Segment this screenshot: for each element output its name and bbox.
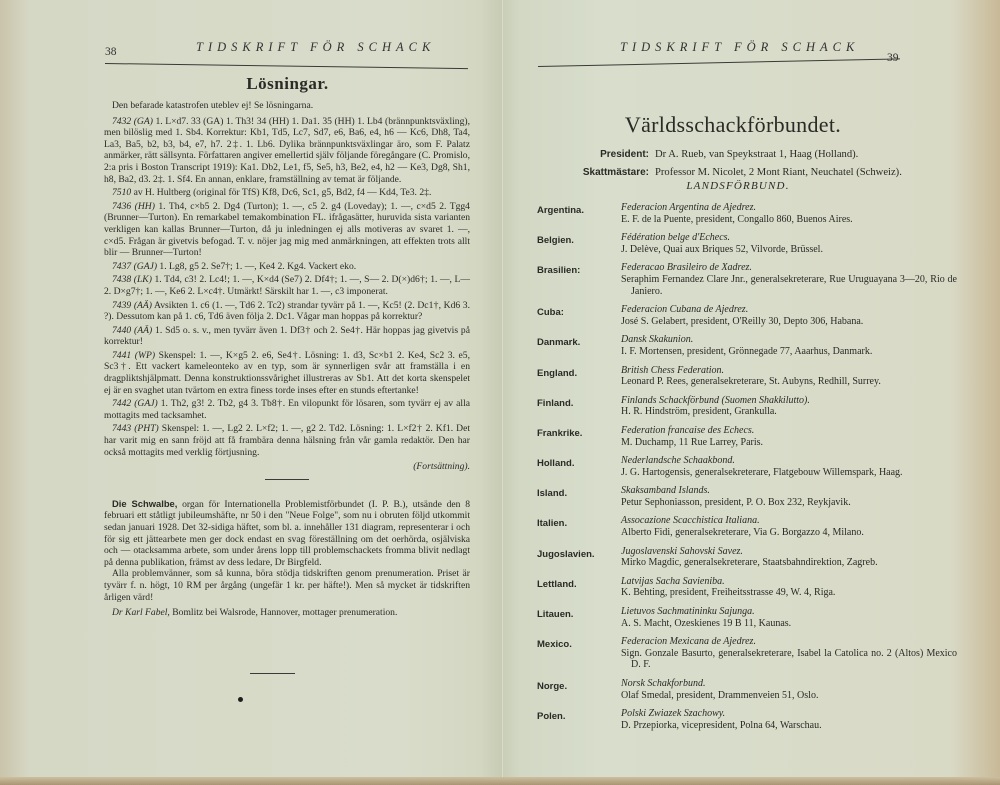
federation-contact: D. Przepiorka, vicepresident, Polna 64, … [621, 720, 957, 732]
solution-entry: 7440 (AÄ) 1. Sd5 o. s. v., men tyvärr äv… [104, 325, 470, 348]
running-head: TIDSKRIFT FÖR SCHACK [620, 40, 859, 55]
federation-country: Holland. [537, 455, 621, 478]
problem-number: 7439 (AÄ) [112, 300, 152, 311]
solution-entry: 7438 (LK) 1. Td4, c3! 2. Lc4!; 1. —, K×d… [104, 274, 470, 297]
solution-text: 1. Sd5 o. s. v., men tyvärr även 1. Df3†… [104, 325, 470, 348]
federation-entry: Polen.Polski Zwiazek Szachowy.D. Przepio… [537, 708, 957, 731]
federation-entry: Lettland.Latvijas Sacha Savieniba.K. Beh… [537, 576, 957, 599]
federation-name: Federacion Mexicana de Ajedrez. [621, 636, 957, 648]
header-rule [105, 63, 468, 69]
federation-country: Argentina. [537, 202, 621, 225]
right-page: TIDSKRIFT FÖR SCHACK 39 Världsschackförb… [503, 0, 1000, 785]
federation-contact: Petur Sephoniasson, president, P. O. Box… [621, 497, 957, 509]
federation-contact: J. G. Hartogensis, generalsekreterare, F… [621, 467, 957, 479]
page-number: 38 [105, 46, 117, 58]
solution-entry: 7439 (AÄ) Avsikten 1. c6 (1. —, Td6 2. T… [104, 300, 470, 323]
federation-name: Federation francaise des Echecs. [621, 425, 957, 437]
federation-name: Finlands Schackförbund (Suomen Shakkilut… [621, 395, 957, 407]
solutions-body: Den befarade katastrofen uteblev ej! Se … [104, 100, 470, 619]
problem-number: 7438 (LK) [112, 274, 152, 285]
intro-text: Den befarade katastrofen uteblev ej! Se … [104, 100, 470, 112]
federation-entry: Frankrike.Federation francaise des Echec… [537, 425, 957, 448]
federation-country: Island. [537, 485, 621, 508]
federation-country: Belgien. [537, 232, 621, 255]
federation-country: Frankrike. [537, 425, 621, 448]
federation-contact: E. F. de la Puente, president, Congallo … [621, 214, 957, 226]
problem-number: 7510 [112, 187, 131, 198]
officer-president: President: Dr A. Rueb, van Speykstraat 1… [543, 146, 943, 164]
federation-name: Latvijas Sacha Savieniba. [621, 576, 957, 588]
book-spread: 38 TIDSKRIFT FÖR SCHACK Lösningar. Den b… [0, 0, 1000, 785]
federation-entry: Mexico.Federacion Mexicana de Ajedrez.Si… [537, 636, 957, 671]
federation-contact: Mirko Magdic, generalsekreterare, Staats… [621, 557, 957, 569]
left-page: 38 TIDSKRIFT FÖR SCHACK Lösningar. Den b… [0, 0, 501, 785]
federation-country: Lettland. [537, 576, 621, 599]
problem-number: 7432 (GA) [112, 116, 153, 127]
federation-contact: I. F. Mortensen, president, Grönnegade 7… [621, 346, 957, 358]
solution-text: Avsikten 1. c6 (1. —, Td6 2. Tc2) strand… [104, 300, 470, 323]
solution-text: 1. Th4, c×b5 2. Dg4 (Turton); 1. —, c5 2… [104, 201, 470, 258]
federation-name: Dansk Skakunion. [621, 334, 957, 346]
federation-country: Danmark. [537, 334, 621, 357]
section-divider [250, 673, 295, 674]
federation-contact: K. Behting, president, Freiheitsstrasse … [621, 587, 957, 599]
federation-entry: Danmark.Dansk Skakunion.I. F. Mortensen,… [537, 334, 957, 357]
federation-contact: Leonard P. Rees, generalsekreterare, St.… [621, 376, 957, 388]
federation-name: Norsk Schakforbund. [621, 678, 957, 690]
officers-list: President: Dr A. Rueb, van Speykstraat 1… [543, 146, 943, 182]
federation-name: Skaksamband Islands. [621, 485, 957, 497]
federation-entry: Holland.Nederlandsche Schaakbond.J. G. H… [537, 455, 957, 478]
federation-entry: Cuba:Federacion Cubana de Ajedrez.José S… [537, 304, 957, 327]
notice-lead: Die Schwalbe, [112, 498, 177, 509]
federation-name: Polski Zwiazek Szachowy. [621, 708, 957, 720]
federation-contact: José S. Gelabert, president, O'Reilly 30… [621, 316, 957, 328]
federation-entry: Belgien.Fédération belge d'Echecs.J. Del… [537, 232, 957, 255]
section-divider [265, 479, 309, 480]
federation-name: Federacao Brasileiro de Xadrez. [621, 262, 957, 274]
solution-entry: 7432 (GA) 1. L×d7. 33 (GA) 1. Th3! 34 (H… [104, 116, 470, 186]
federation-country: Finland. [537, 395, 621, 418]
federation-country: Litauen. [537, 606, 621, 629]
federation-country: Cuba: [537, 304, 621, 327]
solution-entry: 7441 (WP) Skenspel: 1. —, K×g5 2. e6, Se… [104, 350, 470, 396]
federation-contact: Olaf Smedal, president, Drammenveien 51,… [621, 690, 957, 702]
federation-country: Brasilien: [537, 262, 621, 297]
federation-country: Italien. [537, 515, 621, 538]
page-bottom-edge [0, 777, 1000, 785]
notice-paragraph-1: Die Schwalbe, organ för Internationella … [104, 498, 470, 569]
solutions-list: 7432 (GA) 1. L×d7. 33 (GA) 1. Th3! 34 (H… [104, 116, 470, 459]
problem-number: 7440 (AÄ) [112, 325, 152, 336]
solution-entry: 7437 (GAJ) 1. Lg8, g5 2. Se7†; 1. —, Ke4… [104, 261, 470, 273]
page-title: Världsschackförbundet. [583, 112, 883, 138]
section-heading: LANDSFÖRBUND. [613, 180, 863, 192]
solution-text: Skenspel: 1. —, K×g5 2. e6, Se4†. Lösnin… [104, 350, 470, 396]
federation-country: Jugoslavien. [537, 546, 621, 569]
federation-contact: J. Delève, Quai aux Briques 52, Vilvorde… [621, 244, 957, 256]
problem-number: 7443 (PHT) [112, 423, 159, 434]
federation-entry: Finland.Finlands Schackförbund (Suomen S… [537, 395, 957, 418]
solution-entry: 7443 (PHT) Skenspel: 1. —, Lg2 2. L×f2; … [104, 423, 470, 458]
ink-spot [238, 697, 243, 702]
federation-name: Fédération belge d'Echecs. [621, 232, 957, 244]
federation-contact: H. R. Hindström, president, Grankulla. [621, 406, 957, 418]
federation-name: Assocazione Scacchistica Italiana. [621, 515, 957, 527]
federation-contact: M. Duchamp, 11 Rue Larrey, Paris. [621, 437, 957, 449]
solution-entry: 7442 (GAJ) 1. Th2, g3! 2. Tb2, g4 3. Tb8… [104, 398, 470, 421]
notice-signature: Dr Karl Fabel, Bomlitz bei Walsrode, Han… [104, 607, 470, 619]
federation-entry: Island.Skaksamband Islands.Petur Sephoni… [537, 485, 957, 508]
solution-text: 1. Lg8, g5 2. Se7†; 1. —, Ke4 2. Kg4. Va… [157, 261, 356, 272]
schwalbe-notice: Die Schwalbe, organ för Internationella … [104, 498, 470, 619]
solution-entry: 7510 av H. Hultberg (original för TfS) K… [104, 187, 470, 199]
federation-country: Norge. [537, 678, 621, 701]
federation-entry: Norge.Norsk Schakforbund.Olaf Smedal, pr… [537, 678, 957, 701]
federation-contact: A. S. Macht, Ozeskienes 19 B 11, Kaunas. [621, 618, 957, 630]
federation-country: Mexico. [537, 636, 621, 671]
federation-name: Nederlandsche Schaakbond. [621, 455, 957, 467]
federation-name: British Chess Federation. [621, 365, 957, 377]
federation-country: England. [537, 365, 621, 388]
federation-name: Jugoslavenski Sahovski Savez. [621, 546, 957, 558]
problem-number: 7436 (HH) [112, 201, 155, 212]
page-title: Lösningar. [105, 74, 470, 94]
solution-text: 1. Th2, g3! 2. Tb2, g4 3. Tb8†. En vilop… [104, 398, 470, 421]
federation-entry: Jugoslavien.Jugoslavenski Sahovski Savez… [537, 546, 957, 569]
federation-entry: Litauen.Lietuvos Sachmatininku Sajunga.A… [537, 606, 957, 629]
solution-text: av H. Hultberg (original för TfS) Kf8, D… [131, 187, 431, 198]
federation-name: Lietuvos Sachmatininku Sajunga. [621, 606, 957, 618]
problem-number: 7441 (WP) [112, 350, 155, 361]
federation-contact: Seraphim Fernandez Clare Jnr., generalse… [621, 274, 957, 297]
notice-paragraph-2: Alla problemvänner, som så kunna, böra s… [104, 568, 470, 603]
federation-entry: England.British Chess Federation.Leonard… [537, 365, 957, 388]
federation-entry: Argentina.Federacion Argentina de Ajedre… [537, 202, 957, 225]
federation-country: Polen. [537, 708, 621, 731]
federation-contact: Sign. Gonzale Basurto, generalsekreterar… [621, 648, 957, 671]
running-head: TIDSKRIFT FÖR SCHACK [196, 40, 435, 55]
problem-number: 7442 (GAJ) [112, 398, 158, 409]
header-rule [538, 58, 900, 67]
federation-entry: Brasilien:Federacao Brasileiro de Xadrez… [537, 262, 957, 297]
solution-entry: 7436 (HH) 1. Th4, c×b5 2. Dg4 (Turton); … [104, 201, 470, 259]
problem-number: 7437 (GAJ) [112, 261, 157, 272]
federation-entry: Italien.Assocazione Scacchistica Italian… [537, 515, 957, 538]
solution-text: 1. Td4, c3! 2. Lc4!; 1. —, K×d4 (Se7) 2.… [104, 274, 470, 297]
solution-text: Skenspel: 1. —, Lg2 2. L×f2; 1. —, g2 2.… [104, 423, 470, 457]
federation-name: Federacion Argentina de Ajedrez. [621, 202, 957, 214]
continuation-note: (Fortsättning). [104, 461, 470, 473]
federations-list: Argentina.Federacion Argentina de Ajedre… [537, 202, 957, 738]
federation-name: Federacion Cubana de Ajedrez. [621, 304, 957, 316]
solution-text: 1. L×d7. 33 (GA) 1. Th3! 34 (HH) 1. Da1.… [104, 116, 470, 185]
federation-contact: Alberto Fidi, generalsekreterare, Via G.… [621, 527, 957, 539]
